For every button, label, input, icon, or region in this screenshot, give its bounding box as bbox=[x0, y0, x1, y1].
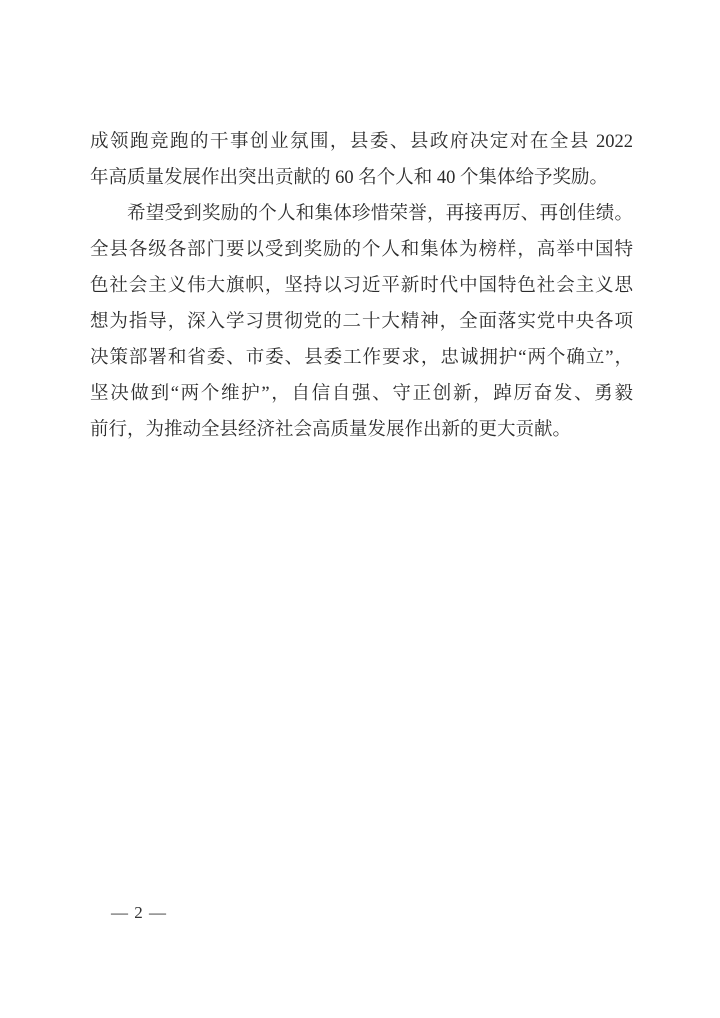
body-line-4: 全县各级各部门要以受到奖励的个人和集体为榜样，高举中国特 bbox=[90, 232, 633, 268]
body-line-7: 决策部署和省委、市委、县委工作要求，忠诚拥护“两个确立”， bbox=[90, 340, 633, 376]
document-page: 成领跑竞跑的干事创业氛围，县委、县政府决定对在全县 2022 年高质量发展作出突… bbox=[0, 0, 720, 1018]
body-line-6: 想为指导，深入学习贯彻党的二十大精神，全面落实党中央各项 bbox=[90, 304, 633, 340]
body-line-3: 希望受到奖励的个人和集体珍惜荣誉，再接再厉、再创佳绩。 bbox=[90, 196, 633, 232]
document-body: 成领跑竞跑的干事创业氛围，县委、县政府决定对在全县 2022 年高质量发展作出突… bbox=[90, 124, 633, 448]
body-line-8: 坚决做到“两个维护”，自信自强、守正创新，踔厉奋发、勇毅 bbox=[90, 376, 633, 412]
body-line-9: 前行，为推动全县经济社会高质量发展作出新的更大贡献。 bbox=[90, 412, 633, 448]
page-number: — 2 — bbox=[104, 902, 174, 924]
body-line-5: 色社会主义伟大旗帜，坚持以习近平新时代中国特色社会主义思 bbox=[90, 268, 633, 304]
body-line-2: 年高质量发展作出突出贡献的 60 名个人和 40 个集体给予奖励。 bbox=[90, 160, 633, 196]
body-line-1: 成领跑竞跑的干事创业氛围，县委、县政府决定对在全县 2022 bbox=[90, 124, 633, 160]
